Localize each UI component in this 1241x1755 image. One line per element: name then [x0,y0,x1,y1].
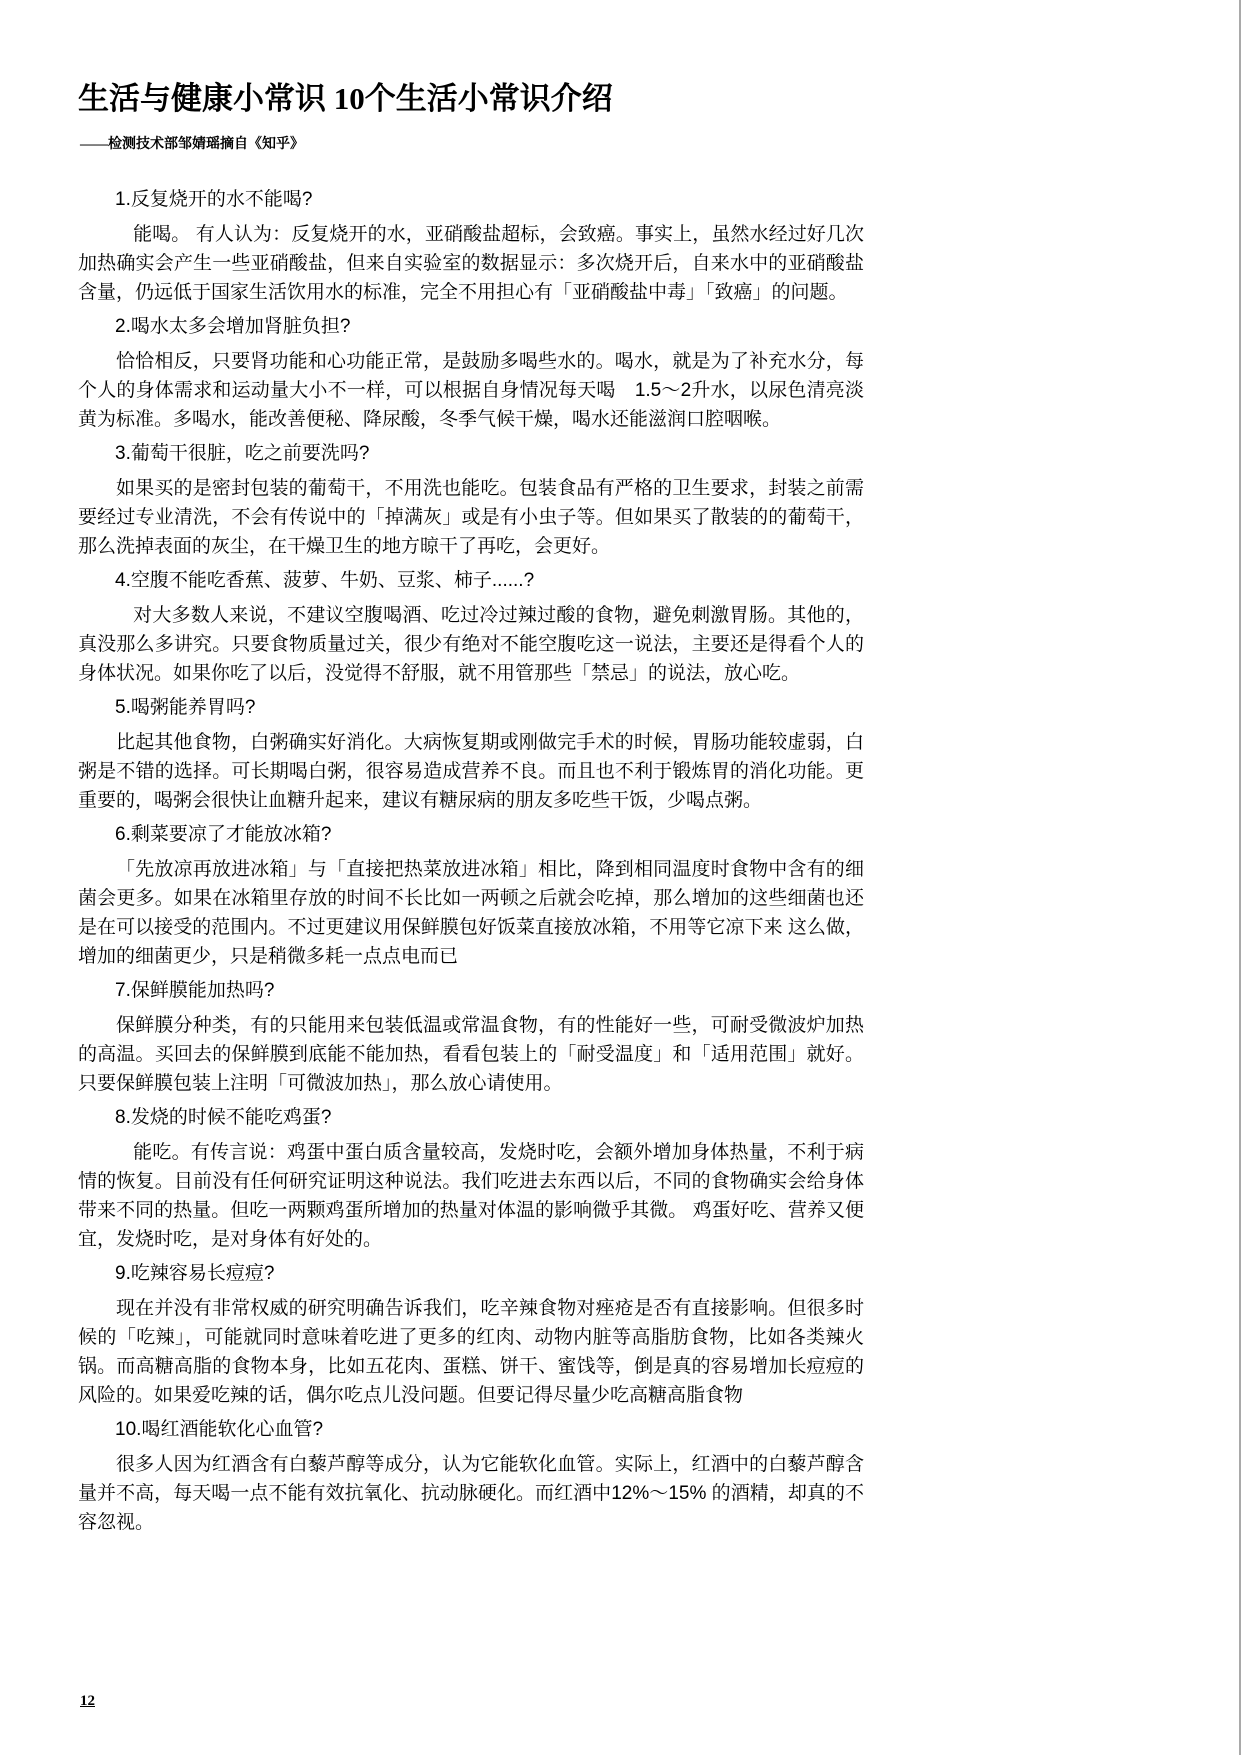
question-heading: 1.反复烧开的水不能喝? [78,185,864,214]
qa-section: 7.保鲜膜能加热吗? 保鲜膜分种类，有的只能用来包装低温或常温食物，有的性能好一… [78,976,864,1098]
question-heading: 8.发烧的时候不能吃鸡蛋? [78,1103,864,1132]
answer-paragraph: 比起其他食物，白粥确实好消化。大病恢复期或刚做完手术的时候，胃肠功能较虚弱，白粥… [78,728,864,815]
answer-paragraph: 「先放凉再放进冰箱」与「直接把热菜放进冰箱」相比，降到相同温度时食物中含有的细菌… [78,855,864,971]
text-column: 生活与健康小常识 10个生活小常识介绍 ——检测技术部邹婧瑶摘自《知乎》 1.反… [78,80,864,1539]
question-heading: 4.空腹不能吃香蕉、菠萝、牛奶、豆浆、柿子......? [78,566,864,595]
qa-section: 6.剩菜要凉了才能放冰箱? 「先放凉再放进冰箱」与「直接把热菜放进冰箱」相比，降… [78,820,864,971]
qa-section: 1.反复烧开的水不能喝? 能喝。 有人认为：反复烧开的水，亚硝酸盐超标，会致癌。… [78,185,864,307]
question-heading: 2.喝水太多会增加肾脏负担? [78,312,864,341]
answer-paragraph: 对大多数人来说，不建议空腹喝酒、吃过冷过辣过酸的食物，避免刺激胃肠。其他的，真没… [78,601,864,688]
byline: ——检测技术部邹婧瑶摘自《知乎》 [80,136,864,153]
answer-paragraph: 如果买的是密封包装的葡萄干，不用洗也能吃。包装食品有严格的卫生要求，封装之前需要… [78,474,864,561]
page-number: 12 [80,1692,95,1710]
answer-paragraph: 很多人因为红酒含有白藜芦醇等成分，认为它能软化血管。实际上，红酒中的白藜芦醇含量… [78,1450,864,1537]
question-heading: 10.喝红酒能软化心血管? [78,1415,864,1444]
page-title: 生活与健康小常识 10个生活小常识介绍 [78,80,864,118]
qa-section: 5.喝粥能养胃吗? 比起其他食物，白粥确实好消化。大病恢复期或刚做完手术的时候，… [78,693,864,815]
qa-section: 3.葡萄干很脏，吃之前要洗吗? 如果买的是密封包装的葡萄干，不用洗也能吃。包装食… [78,439,864,561]
qa-section: 9.吃辣容易长痘痘? 现在并没有非常权威的研究明确告诉我们，吃辛辣食物对痤疮是否… [78,1259,864,1410]
question-heading: 7.保鲜膜能加热吗? [78,976,864,1005]
sections: 1.反复烧开的水不能喝? 能喝。 有人认为：反复烧开的水，亚硝酸盐超标，会致癌。… [78,185,864,1537]
document-page: 生活与健康小常识 10个生活小常识介绍 ——检测技术部邹婧瑶摘自《知乎》 1.反… [0,0,1241,1755]
qa-section: 8.发烧的时候不能吃鸡蛋? 能吃。有传言说：鸡蛋中蛋白质含量较高，发烧时吃，会额… [78,1103,864,1254]
question-heading: 6.剩菜要凉了才能放冰箱? [78,820,864,849]
answer-paragraph: 保鲜膜分种类，有的只能用来包装低温或常温食物，有的性能好一些，可耐受微波炉加热的… [78,1011,864,1098]
answer-paragraph: 现在并没有非常权威的研究明确告诉我们，吃辛辣食物对痤疮是否有直接影响。但很多时候… [78,1294,864,1410]
question-heading: 3.葡萄干很脏，吃之前要洗吗? [78,439,864,468]
answer-paragraph: 能吃。有传言说：鸡蛋中蛋白质含量较高，发烧时吃，会额外增加身体热量，不利于病情的… [78,1138,864,1254]
qa-section: 2.喝水太多会增加肾脏负担? 恰恰相反，只要肾功能和心功能正常，是鼓励多喝些水的… [78,312,864,434]
answer-paragraph: 能喝。 有人认为：反复烧开的水，亚硝酸盐超标，会致癌。事实上，虽然水经过好几次加… [78,220,864,307]
answer-paragraph: 恰恰相反，只要肾功能和心功能正常，是鼓励多喝些水的。喝水，就是为了补充水分，每个… [78,347,864,434]
qa-section: 10.喝红酒能软化心血管? 很多人因为红酒含有白藜芦醇等成分，认为它能软化血管。… [78,1415,864,1537]
question-heading: 9.吃辣容易长痘痘? [78,1259,864,1288]
qa-section: 4.空腹不能吃香蕉、菠萝、牛奶、豆浆、柿子......? 对大多数人来说，不建议… [78,566,864,688]
question-heading: 5.喝粥能养胃吗? [78,693,864,722]
